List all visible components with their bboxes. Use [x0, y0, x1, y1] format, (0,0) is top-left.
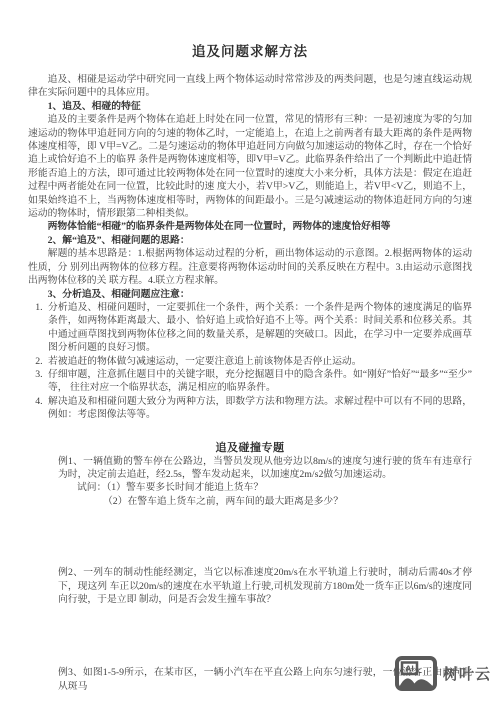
example-1-body: 例1、一辆值勤的警车停在公路边，当警员发现从他旁边以8m/s的速度匀速行驶的货车… [58, 455, 472, 482]
section2-heading: 2、解“追及”、相碰问题的思路： [28, 234, 472, 247]
note-text: 分析追及、相碰问题时，一定要抓住一个条件，两个关系：一个条件是两个物体的速度满足… [48, 302, 472, 353]
note-text: 若被追赶的物体做匀减速运动，一定要注意追上前该物体是否停止运动。 [48, 356, 362, 367]
section1-body: 追及的主要条件是两个物体在追赶上时处在同一位置，常见的情形有三种：一是初速度为零… [28, 113, 472, 220]
page-title: 追及问题求解方法 [28, 40, 472, 60]
example-2: 例2、一列车的制动性能经测定，当它以标准速度20m/s在水平轨道上行驶时，制动后… [58, 566, 472, 606]
document-page: 追及问题求解方法 追及、相碰是运动学中研究同一直线上两个物体运动时常常涉及的两类… [0, 0, 500, 693]
ai-icon-label: AI [405, 664, 414, 674]
watermark-brand: 树叶云 [443, 663, 491, 684]
notes-list: 分析追及、相碰问题时，一定要抓住一个条件，两个关系：一个条件是两个物体的速度满足… [28, 301, 472, 422]
note-item: 若被追赶的物体做匀减速运动，一定要注意追上前该物体是否停止运动。 [45, 355, 472, 368]
intro-paragraph: 追及、相碰是运动学中研究同一直线上两个物体运动时常常涉及的两类问题，也是匀速直线… [28, 73, 472, 100]
example-1-question-2: （2）在警车追上货车之前，两车间的最大距离是多少？ [103, 495, 472, 508]
topic-heading: 追及碰撞专题 [28, 439, 472, 455]
note-text: 解决追及和相碰问题大致分为两种方法，即数学方法和物理方法。求解过程中可以有不同的… [48, 396, 472, 420]
note-item: 分析追及、相碰问题时，一定要抓住一个条件，两个关系：一个条件是两个物体的速度满足… [45, 301, 472, 355]
note-item: 仔细审题，注意抓住题目中的关键字眼，充分挖掘题目中的隐含条件。如“刚好”恰好”“… [45, 368, 472, 395]
watermark: AI 树叶云 [395, 656, 491, 691]
example-1-question-1: 试问：（1）警车要多长时间才能追上货车？ [77, 481, 472, 494]
ai-image-icon: AI [395, 656, 437, 691]
example-2-body: 例2、一列车的制动性能经测定，当它以标准速度20m/s在水平轨道上行驶时，制动后… [58, 566, 472, 606]
section3-heading: 3、分析追及、相碰问题应注意： [28, 288, 472, 301]
note-text: 仔细审题，注意抓住题目中的关键字眼，充分挖掘题目中的隐含条件。如“刚好”恰好”“… [48, 369, 472, 393]
example-1: 例1、一辆值勤的警车停在公路边，当警员发现从他旁边以8m/s的速度匀速行驶的货车… [58, 455, 472, 509]
section1-heading: 1、追及、相碰的特征 [28, 100, 472, 113]
note-item: 解决追及和相碰问题大致分为两种方法，即数学方法和物理方法。求解过程中可以有不同的… [45, 395, 472, 422]
section2-body: 解题的基本思路是：1.根据两物体运动过程的分析，画出物体运动的示意图。2.根据两… [28, 247, 472, 287]
collision-note: 两物体恰能“相碰”的临界条件是两物体处在同一位置时，两物体的速度恰好相等 [28, 220, 472, 233]
